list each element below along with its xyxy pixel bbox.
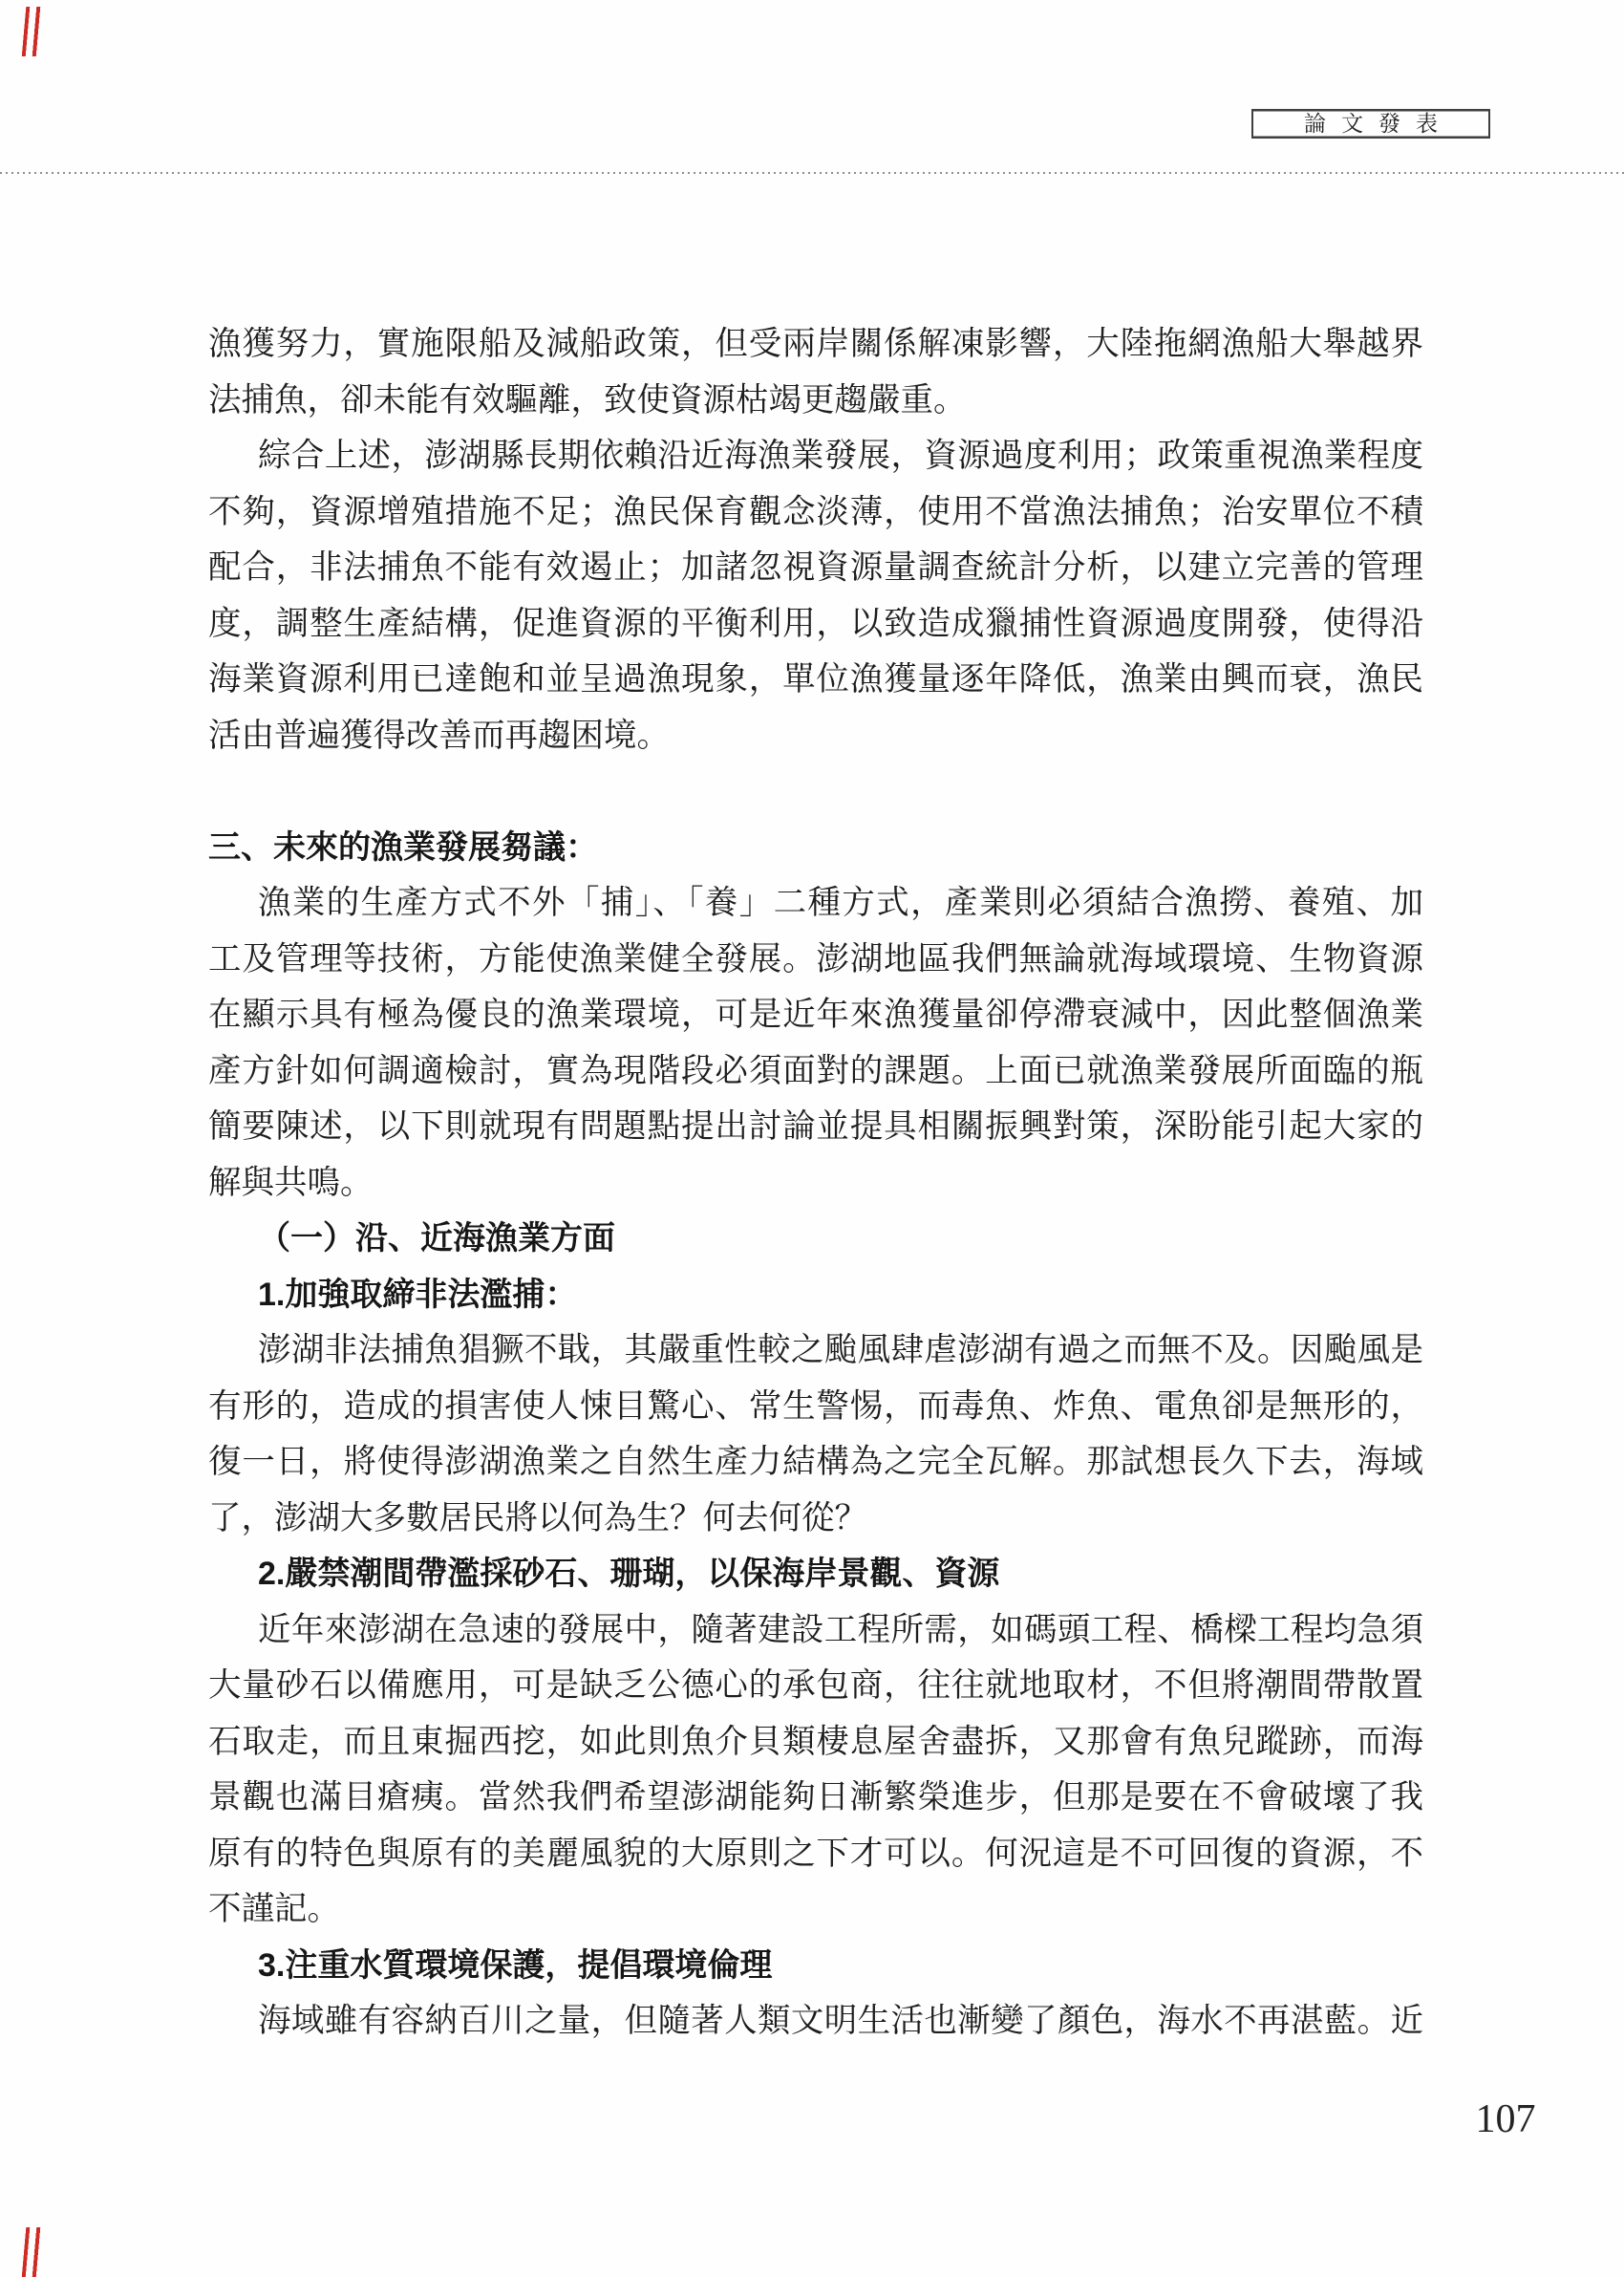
section-heading-line: 2.嚴禁潮間帶濫採砂石、珊瑚，以保海岸景觀、資源 (208, 1546, 1423, 1602)
text-line: 原有的特色與原有的美麗風貌的大原則之下才可以。何況這是不可回復的資源，不可 (208, 1826, 1423, 1882)
section-heading-line: 3.注重水質環境保護，提倡環境倫理 (208, 1938, 1423, 1994)
document-body: 漁獲努力，實施限船及減船政策，但受兩岸關係解凍影響，大陸拖網漁船大舉越界非法捕魚… (208, 316, 1423, 2050)
blank-line (208, 763, 1423, 820)
text-line: 在顯示具有極為優良的漁業環境，可是近年來漁獲量卻停滯衰減中，因此整個漁業生 (208, 987, 1423, 1043)
registration-mark-bottom (22, 2227, 42, 2277)
text-line: 了，澎湖大多數居民將以何為生？何去何從？ (208, 1491, 1423, 1547)
text-line: 度，調整生產結構，促進資源的平衡利用，以致造成獵捕性資源過度開發，使得沿近 (208, 596, 1423, 653)
section-heading-line: （一）沿、近海漁業方面 (208, 1211, 1423, 1267)
text-line: 不夠，資源增殖措施不足；漁民保育觀念淡薄，使用不當漁法捕魚；治安單位不積極 (208, 484, 1423, 541)
header-dotted-rule (0, 172, 1624, 174)
text-line: 有形的，造成的損害使人悚目驚心、常生警惕，而毒魚、炸魚、電魚卻是無形的，日 (208, 1379, 1423, 1435)
text-line: 景觀也滿目瘡痍。當然我們希望澎湖能夠日漸繁榮進步，但那是要在不會破壞了我們 (208, 1770, 1423, 1826)
text-line: 海域雖有容納百川之量，但隨著人類文明生活也漸變了顏色，海水不再湛藍。近 (208, 1993, 1423, 2050)
scanned-paper-page: { "header": { "tag_label": "論文發表" }, "fo… (0, 0, 1624, 2277)
text-line: 不謹記。 (208, 1881, 1423, 1938)
section-heading-line: 三、未來的漁業發展芻議： (208, 820, 1423, 876)
text-line: 解與共鳴。 (208, 1155, 1423, 1212)
text-line: 簡要陳述，以下則就現有問題點提出討論並提具相關振興對策，深盼能引起大家的了 (208, 1099, 1423, 1155)
text-line: 海業資源利用已達飽和並呈過漁現象，單位漁獲量逐年降低，漁業由興而衰，漁民生 (208, 652, 1423, 708)
text-line: 大量砂石以備應用，可是缺乏公德心的承包商，往往就地取材，不但將潮間帶散置礁 (208, 1658, 1423, 1714)
text-line: 漁獲努力，實施限船及減船政策，但受兩岸關係解凍影響，大陸拖網漁船大舉越界非 (208, 316, 1423, 373)
text-line: 綜合上述，澎湖縣長期依賴沿近海漁業發展，資源過度利用；政策重視漁業程度 (208, 428, 1423, 484)
registration-mark-top (22, 7, 42, 56)
paper-presentation-tag: 論文發表 (1251, 109, 1490, 139)
text-line: 近年來澎湖在急速的發展中，隨著建設工程所需，如碼頭工程、橋樑工程均急須 (208, 1602, 1423, 1659)
text-line: 澎湖非法捕魚猖獗不戢，其嚴重性較之颱風肆虐澎湖有過之而無不及。因颱風是 (208, 1322, 1423, 1379)
text-line: 復一日，將使得澎湖漁業之自然生產力結構為之完全瓦解。那試想長久下去，海域死 (208, 1434, 1423, 1491)
text-line: 配合，非法捕魚不能有效遏止；加諸忽視資源量調查統計分析，以建立完善的管理制 (208, 540, 1423, 596)
text-line: 產方針如何調適檢討，實為現階段必須面對的課題。上面已就漁業發展所面臨的瓶頸 (208, 1043, 1423, 1100)
text-line: 工及管理等技術，方能使漁業健全發展。澎湖地區我們無論就海域環境、生物資源在 (208, 932, 1423, 988)
page-number: 107 (1443, 2096, 1568, 2142)
section-heading-line: 1.加強取締非法濫捕： (208, 1267, 1423, 1323)
text-line: 法捕魚，卻未能有效驅離，致使資源枯竭更趨嚴重。 (208, 373, 1423, 429)
text-line: 活由普遍獲得改善而再趨困境。 (208, 708, 1423, 764)
text-line: 石取走，而且東掘西挖，如此則魚介貝類棲息屋舍盡拆，又那會有魚兒蹤跡，而海岸 (208, 1714, 1423, 1771)
text-line: 漁業的生產方式不外「捕」、「養」二種方式，產業則必須結合漁撈、養殖、加 (208, 875, 1423, 932)
